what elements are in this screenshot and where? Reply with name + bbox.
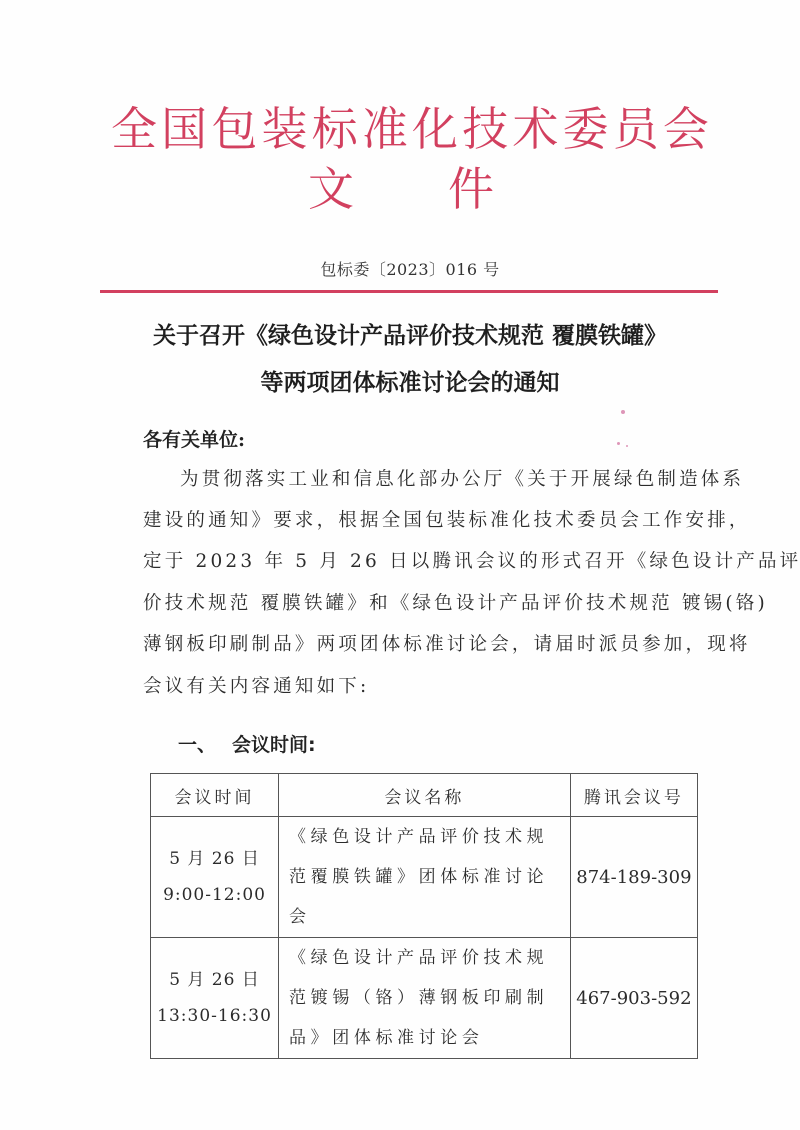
org-title-char: 包 [210,100,258,158]
section-heading-meeting-time: 一、会议时间: [178,731,316,759]
cell-meeting-time: 5 月 26 日 9:00-12:00 [151,817,279,938]
document-page: 全 国 包 装 标 准 化 技 术 委 员 会 文 件 包标委〔2023〕016… [0,0,800,1130]
section-number: 一、 [178,734,216,756]
org-title-char: 术 [511,100,559,158]
org-title-char: 准 [361,100,409,158]
table-header-row: 会议时间 会议名称 腾讯会议号 [151,774,698,817]
notice-title-line-1: 关于召开《绿色设计产品评价技术规范 覆膜铁罐》 [0,320,800,352]
body-line: 建设的通知》要求，根据全国包装标准化技术委员会工作安排， [143,507,718,535]
body-line: 薄钢板印刷制品》两项团体标准讨论会，请届时派员参加，现将 [143,631,718,659]
header-meeting-time: 会议时间 [151,774,279,817]
doc-word-jian: 件 [448,160,494,218]
salutation: 各有关单位: [143,426,245,454]
org-letterhead-title: 全 国 包 装 标 准 化 技 术 委 员 会 [110,100,710,158]
body-line: 价技术规范 覆膜铁罐》和《绿色设计产品评价技术规范 镀锡(铬) [143,590,718,618]
cell-meeting-time: 5 月 26 日 13:30-16:30 [151,938,279,1059]
scan-speck [621,410,625,414]
org-title-char: 化 [411,100,459,158]
body-line: 会议有关内容通知如下: [143,673,718,701]
meeting-time-range: 13:30-16:30 [151,998,278,1034]
org-title-char: 员 [612,100,660,158]
table-row: 5 月 26 日 13:30-16:30 《绿色设计产品评价技术规范镀锡（铬）薄… [151,938,698,1059]
doc-word-wen: 文 [308,160,354,218]
scan-speck [617,442,620,445]
org-title-char: 会 [662,100,710,158]
meetings-table: 会议时间 会议名称 腾讯会议号 5 月 26 日 9:00-12:00 《绿色设… [150,773,698,1059]
org-title-char: 国 [160,100,208,158]
org-title-char: 标 [311,100,359,158]
header-tencent-meeting-id: 腾讯会议号 [570,774,697,817]
header-meeting-name: 会议名称 [279,774,571,817]
body-line: 定于 2023 年 5 月 26 日以腾讯会议的形式召开《绿色设计产品评 [143,548,718,576]
cell-tencent-meeting-id: 874-189-309 [570,817,697,938]
table-row: 5 月 26 日 9:00-12:00 《绿色设计产品评价技术规范覆膜铁罐》团体… [151,817,698,938]
scan-speck [626,445,628,447]
meeting-date: 5 月 26 日 [151,962,278,998]
org-title-char: 技 [461,100,509,158]
notice-title-line-2: 等两项团体标准讨论会的通知 [0,367,800,399]
org-title-char: 全 [110,100,158,158]
section-title: 会议时间: [232,734,316,756]
red-divider-rule [100,290,718,293]
body-line: 为贯彻落实工业和信息化部办公厅《关于开展绿色制造体系 [180,466,755,494]
meeting-date: 5 月 26 日 [151,841,278,877]
cell-meeting-name: 《绿色设计产品评价技术规范覆膜铁罐》团体标准讨论会 [279,817,571,938]
org-title-char: 装 [261,100,309,158]
cell-meeting-name: 《绿色设计产品评价技术规范镀锡（铬）薄钢板印刷制品》团体标准讨论会 [279,938,571,1059]
cell-tencent-meeting-id: 467-903-592 [570,938,697,1059]
org-title-char: 委 [562,100,610,158]
meeting-time-range: 9:00-12:00 [151,877,278,913]
document-number: 包标委〔2023〕016 号 [0,258,800,282]
